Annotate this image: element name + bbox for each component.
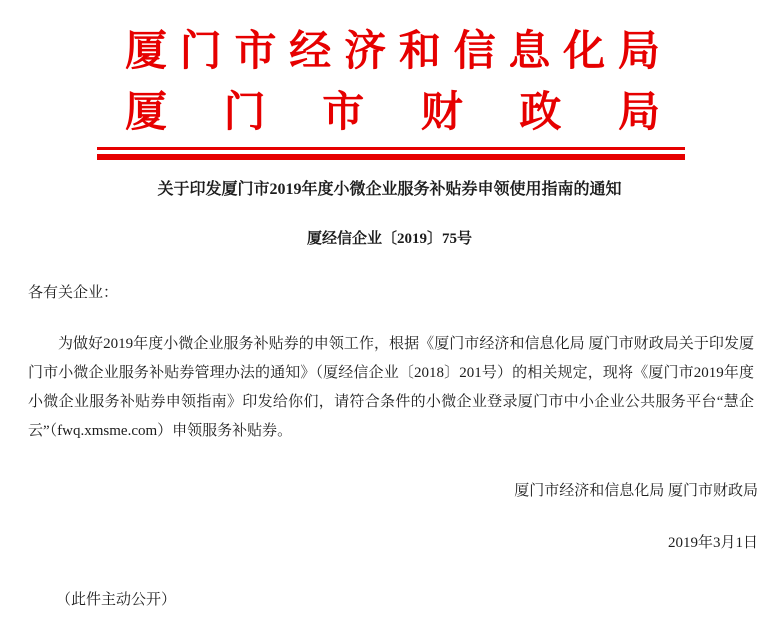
header-divider-thick-line	[97, 154, 685, 160]
salutation: 各有关企业：	[28, 281, 118, 302]
issuing-agencies-signature: 厦门市经济和信息化局 厦门市财政局	[514, 479, 758, 500]
document-number: 厦经信企业〔2019〕75号	[0, 227, 779, 248]
notice-title: 关于印发厦门市2019年度小微企业服务补贴券申领使用指南的通知	[0, 176, 779, 199]
header-divider-thin-line	[97, 147, 685, 150]
body-paragraph: 为做好2019年度小微企业服务补贴券的申领工作，根据《厦门市经济和信息化局 厦门…	[28, 330, 754, 446]
disclosure-note: （此件主动公开）	[56, 588, 176, 609]
letterhead-agency-line-2: 厦门市财政局	[125, 92, 660, 134]
issue-date: 2019年3月1日	[668, 531, 758, 552]
document-page: 厦门市经济和信息化局 厦门市财政局 关于印发厦门市2019年度小微企业服务补贴券…	[0, 0, 779, 626]
letterhead-agency-line-1: 厦门市经济和信息化局	[125, 31, 660, 73]
